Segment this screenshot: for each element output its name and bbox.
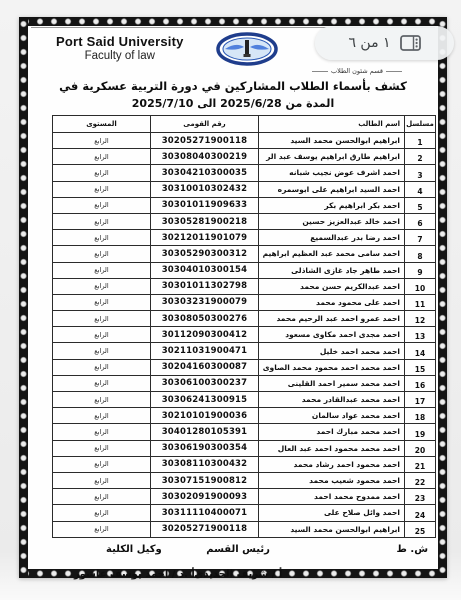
row-student-name: احمد على محمود محمد: [259, 294, 405, 310]
scanned-document-page: Port Said University Faculty of law قسم …: [19, 17, 447, 578]
roster-row: 20احمد محمد محمود احمد عبد العال30306190…: [53, 440, 436, 456]
students-roster-table: مسلسل اسم الطالب رقم القومى المستوى 1ابر…: [52, 115, 436, 538]
row-level: الرابع: [53, 230, 151, 246]
roster-row: 21احمد محمود احمد رشاد محمد3030811030043…: [53, 456, 436, 472]
roster-row: 7احمد رضا بدر عبدالسميع30212011901079الر…: [53, 230, 436, 246]
row-level: الرابع: [53, 197, 151, 213]
row-national-id: 30301011909633: [151, 197, 259, 213]
row-national-id: 30302091900093: [151, 489, 259, 505]
roster-row: 3احمد اشرف عوض نجيب شبانه30304210300035ا…: [53, 165, 436, 181]
row-serial: 10: [405, 278, 436, 294]
row-student-name: ابراهيم ابوالحسن محمد السيد: [259, 521, 405, 537]
row-serial: 22: [405, 472, 436, 488]
dean-deputy-title: وكيل الكلية: [106, 544, 162, 555]
dept-head-name: أ / شريف الحديدى: [194, 569, 282, 580]
row-level: الرابع: [53, 489, 151, 505]
row-student-name: احمد محمد عواد سالمان: [259, 408, 405, 424]
row-level: الرابع: [53, 181, 151, 197]
roster-row: 2ابراهيم طارق ابراهيم يوسف عبد الر303080…: [53, 149, 436, 165]
row-serial: 20: [405, 440, 436, 456]
roster-row: 24احمد وائل صلاح على30311110400071الرابع: [53, 505, 436, 521]
roster-header-row: مسلسل اسم الطالب رقم القومى المستوى: [53, 116, 436, 133]
row-level: الرابع: [53, 246, 151, 262]
row-serial: 15: [405, 359, 436, 375]
row-national-id: 30308110300432: [151, 456, 259, 472]
roster-row: 1ابراهيم ابوالحسن محمد السيد302052719001…: [53, 133, 436, 149]
row-serial: 23: [405, 489, 436, 505]
roster-row: 14احمد محمد احمد خليل30211031900471الراب…: [53, 343, 436, 359]
row-level: الرابع: [53, 294, 151, 310]
row-serial: 8: [405, 246, 436, 262]
decorative-border-top: [19, 17, 447, 26]
roster-row: 16احمد محمد سمير احمد القلينى30306100300…: [53, 375, 436, 391]
row-serial: 25: [405, 521, 436, 537]
university-logo-icon: [216, 32, 278, 70]
row-national-id: 30112090300412: [151, 327, 259, 343]
row-national-id: 30304210300035: [151, 165, 259, 181]
row-serial: 2: [405, 149, 436, 165]
row-national-id: 30306100300237: [151, 375, 259, 391]
row-serial: 9: [405, 262, 436, 278]
row-national-id: 30305290300312: [151, 246, 259, 262]
row-level: الرابع: [53, 278, 151, 294]
row-student-name: احمد عمرو احمد عبد الرحيم محمد: [259, 311, 405, 327]
roster-row: 9احمد طاهر جاد غازى الشاذلى3030401030015…: [53, 262, 436, 278]
row-national-id: 30305281900218: [151, 213, 259, 229]
university-name: Port Said University: [56, 34, 184, 49]
row-level: الرابع: [53, 456, 151, 472]
row-national-id: 30401280105391: [151, 424, 259, 440]
document-title: كشف بأسماء الطلاب المشاركين في دورة التر…: [28, 79, 438, 110]
row-serial: 18: [405, 408, 436, 424]
row-national-id: 30308040300219: [151, 149, 259, 165]
department-label: قسم شئون الطلاب: [310, 67, 404, 75]
row-level: الرابع: [53, 375, 151, 391]
signatures-footer: ش. ط رئيس القسم وكيل الكلية أ / شريف الح…: [28, 541, 438, 593]
row-serial: 24: [405, 505, 436, 521]
row-level: الرابع: [53, 149, 151, 165]
row-serial: 7: [405, 230, 436, 246]
row-level: الرابع: [53, 424, 151, 440]
row-level: الرابع: [53, 392, 151, 408]
row-national-id: 30212011901079: [151, 230, 259, 246]
roster-row: 6احمد خالد عبدالعزيز حسين30305281900218ا…: [53, 213, 436, 229]
row-level: الرابع: [53, 408, 151, 424]
row-level: الرابع: [53, 327, 151, 343]
roster-row: 12احمد عمرو احمد عبد الرحيم محمد30308050…: [53, 311, 436, 327]
row-student-name: احمد طاهر جاد غازى الشاذلى: [259, 262, 405, 278]
page-indicator-text: ١ من ٦: [348, 35, 390, 51]
dean-deputy-name: أ .د / احمد يوسف عاشور: [74, 569, 195, 580]
row-level: الرابع: [53, 472, 151, 488]
roster-row: 22احمد محمود شعيب محمد30307151900812الرا…: [53, 472, 436, 488]
row-serial: 19: [405, 424, 436, 440]
row-student-name: احمد محمد عبدالقادر محمد: [259, 392, 405, 408]
row-serial: 4: [405, 181, 436, 197]
row-national-id: 30306190300354: [151, 440, 259, 456]
row-student-name: احمد رضا بدر عبدالسميع: [259, 230, 405, 246]
row-level: الرابع: [53, 165, 151, 181]
roster-row: 15احمد محمد احمد محمود محمد الصاوى302041…: [53, 359, 436, 375]
row-national-id: 30303231900079: [151, 294, 259, 310]
page-thumbnails-icon[interactable]: [400, 35, 421, 51]
row-national-id: 30204160300087: [151, 359, 259, 375]
row-student-name: ابراهيم طارق ابراهيم يوسف عبد الر: [259, 149, 405, 165]
row-student-name: احمد ممدوح محمد احمد: [259, 489, 405, 505]
row-serial: 3: [405, 165, 436, 181]
row-national-id: 30205271900118: [151, 521, 259, 537]
decorative-border-left: [19, 17, 28, 578]
roster-row: 8احمد سامى محمد عبد العظيم ابراهيم303052…: [53, 246, 436, 262]
row-national-id: 30301011302798: [151, 278, 259, 294]
row-serial: 17: [405, 392, 436, 408]
row-national-id: 30205271900118: [151, 133, 259, 149]
dept-head-title: رئيس القسم: [206, 544, 270, 555]
row-national-id: 30210101900036: [151, 408, 259, 424]
row-national-id: 30311110400071: [151, 505, 259, 521]
row-serial: 14: [405, 343, 436, 359]
viewer-page-indicator[interactable]: ١ من ٦: [315, 26, 454, 60]
row-student-name: احمد سامى محمد عبد العظيم ابراهيم: [259, 246, 405, 262]
row-student-name: احمد خالد عبدالعزيز حسين: [259, 213, 405, 229]
row-serial: 1: [405, 133, 436, 149]
row-level: الرابع: [53, 440, 151, 456]
row-student-name: احمد بكر ابراهيم بكر: [259, 197, 405, 213]
row-national-id: 30307151900812: [151, 472, 259, 488]
row-student-name: احمد محمد مبارك احمد: [259, 424, 405, 440]
clerk-label: ش. ط: [397, 544, 428, 555]
row-serial: 5: [405, 197, 436, 213]
row-student-name: احمد محمود شعيب محمد: [259, 472, 405, 488]
row-student-name: احمد اشرف عوض نجيب شبانه: [259, 165, 405, 181]
row-serial: 6: [405, 213, 436, 229]
header-serial: مسلسل: [405, 116, 436, 133]
row-student-name: ابراهيم ابوالحسن محمد السيد: [259, 133, 405, 149]
row-student-name: احمد محمود احمد رشاد محمد: [259, 456, 405, 472]
row-serial: 21: [405, 456, 436, 472]
row-level: الرابع: [53, 343, 151, 359]
row-national-id: 30211031900471: [151, 343, 259, 359]
row-level: الرابع: [53, 311, 151, 327]
row-serial: 16: [405, 375, 436, 391]
roster-row: 11احمد على محمود محمد30303231900079الراب…: [53, 294, 436, 310]
faculty-name: Faculty of law: [56, 50, 184, 62]
title-line-2: المدة من 2025/6/28 الى 2025/7/10: [28, 97, 438, 110]
row-student-name: احمد محمد محمود احمد عبد العال: [259, 440, 405, 456]
header-national-id: رقم القومى: [151, 116, 259, 133]
row-serial: 11: [405, 294, 436, 310]
header-student-name: اسم الطالب: [259, 116, 405, 133]
row-level: الرابع: [53, 133, 151, 149]
row-serial: 12: [405, 311, 436, 327]
row-national-id: 30304010300154: [151, 262, 259, 278]
row-level: الرابع: [53, 505, 151, 521]
header-level: المستوى: [53, 116, 151, 133]
roster-row: 19احمد محمد مبارك احمد30401280105391الرا…: [53, 424, 436, 440]
roster-row: 23احمد ممدوح محمد احمد30302091900093الرا…: [53, 489, 436, 505]
row-student-name: احمد وائل صلاح على: [259, 505, 405, 521]
roster-table-wrap: مسلسل اسم الطالب رقم القومى المستوى 1ابر…: [28, 115, 438, 538]
title-line-1: كشف بأسماء الطلاب المشاركين في دورة التر…: [28, 79, 438, 93]
decorative-border-right: [438, 17, 447, 578]
row-level: الرابع: [53, 213, 151, 229]
roster-row: 18احمد محمد عواد سالمان30210101900036الر…: [53, 408, 436, 424]
row-level: الرابع: [53, 262, 151, 278]
university-name-block: Port Said University Faculty of law: [56, 34, 184, 62]
row-student-name: احمد السيد ابراهيم على ابوسمره: [259, 181, 405, 197]
roster-row: 10احمد عبدالكريم حسن محمد30301011302798ا…: [53, 278, 436, 294]
page-content: Port Said University Faculty of law قسم …: [28, 26, 438, 569]
roster-row: 17احمد محمد عبدالقادر محمد30306241300915…: [53, 392, 436, 408]
row-serial: 13: [405, 327, 436, 343]
roster-row: 5احمد بكر ابراهيم بكر30301011909633الراب…: [53, 197, 436, 213]
row-national-id: 30308050300276: [151, 311, 259, 327]
row-level: الرابع: [53, 521, 151, 537]
roster-row: 25ابراهيم ابوالحسن محمد السيد30205271900…: [53, 521, 436, 537]
row-level: الرابع: [53, 359, 151, 375]
roster-row: 4احمد السيد ابراهيم على ابوسمره303100103…: [53, 181, 436, 197]
row-student-name: احمد مجدى احمد مكاوى مسعود: [259, 327, 405, 343]
row-student-name: احمد محمد سمير احمد القلينى: [259, 375, 405, 391]
row-national-id: 30310010302432: [151, 181, 259, 197]
roster-row: 13احمد مجدى احمد مكاوى مسعود301120903004…: [53, 327, 436, 343]
row-student-name: احمد عبدالكريم حسن محمد: [259, 278, 405, 294]
row-student-name: احمد محمد احمد خليل: [259, 343, 405, 359]
row-student-name: احمد محمد احمد محمود محمد الصاوى: [259, 359, 405, 375]
row-national-id: 30306241300915: [151, 392, 259, 408]
